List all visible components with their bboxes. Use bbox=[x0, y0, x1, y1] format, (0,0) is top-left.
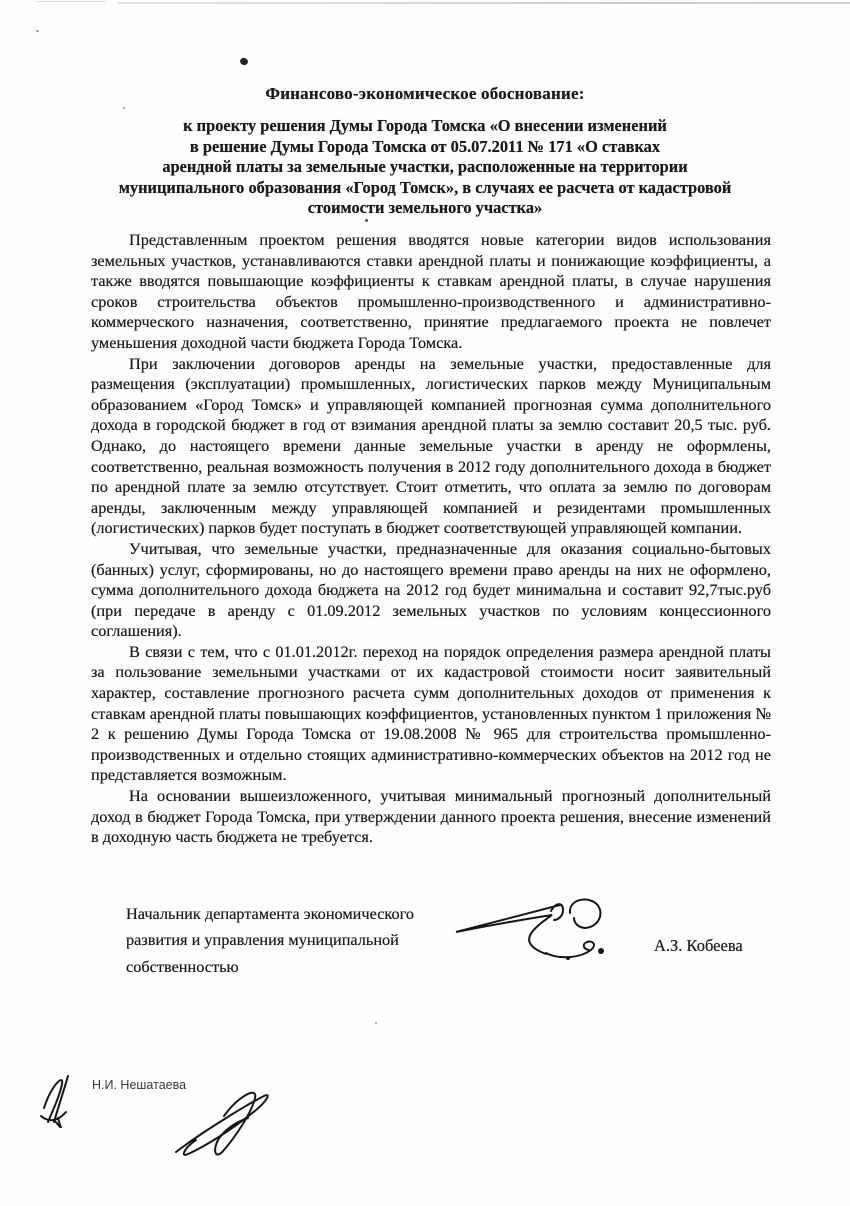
heading-line: в решение Думы Города Томска от 05.07.20… bbox=[45, 137, 805, 158]
paragraph-bath-services: Учитывая, что земельные участки, предназ… bbox=[91, 539, 771, 642]
kobeeva-signature bbox=[452, 898, 612, 972]
document-body: Представленным проектом решения вводятся… bbox=[91, 230, 771, 848]
heading-line: арендной платы за земельные участки, рас… bbox=[45, 157, 805, 178]
scan-artifact-speck bbox=[365, 219, 368, 222]
paragraph-conclusion: На основании вышеизложенного, учитывая м… bbox=[91, 786, 771, 848]
paragraph-intro: Представленным проектом решения вводятся… bbox=[91, 230, 771, 354]
document-heading: к проекту решения Думы Города Томска «О … bbox=[45, 116, 805, 219]
signatory-name: А.З. Кобеева bbox=[654, 936, 743, 956]
paragraph-lease-contracts: При заключении договоров аренды на земел… bbox=[91, 354, 771, 539]
scan-artifact-speck bbox=[375, 1022, 377, 1024]
scan-artifact-top-line2 bbox=[36, 1, 106, 2]
scan-artifact-top-line bbox=[118, 2, 850, 4]
signatory-position-title: Начальник департамента экономического ра… bbox=[126, 901, 462, 980]
document-title: Финансово-экономическое обоснование: bbox=[0, 84, 850, 104]
scan-artifact-speck bbox=[123, 107, 125, 109]
scanned-document-page: Финансово-экономическое обоснование: к п… bbox=[0, 0, 850, 1206]
paragraph-cadastral: В связи с тем, что с 01.01.2012г. перехо… bbox=[91, 642, 771, 786]
neshataeva-signature bbox=[32, 1072, 98, 1128]
scan-artifact-speck bbox=[36, 30, 39, 32]
heading-line: муниципального образования «Город Томск»… bbox=[45, 178, 805, 199]
scan-artifact-ink-dot bbox=[239, 57, 249, 66]
heading-line: к проекту решения Думы Города Томска «О … bbox=[45, 116, 805, 137]
heading-line: стоимости земельного участка» bbox=[45, 198, 805, 219]
secondary-signature bbox=[166, 1088, 280, 1168]
